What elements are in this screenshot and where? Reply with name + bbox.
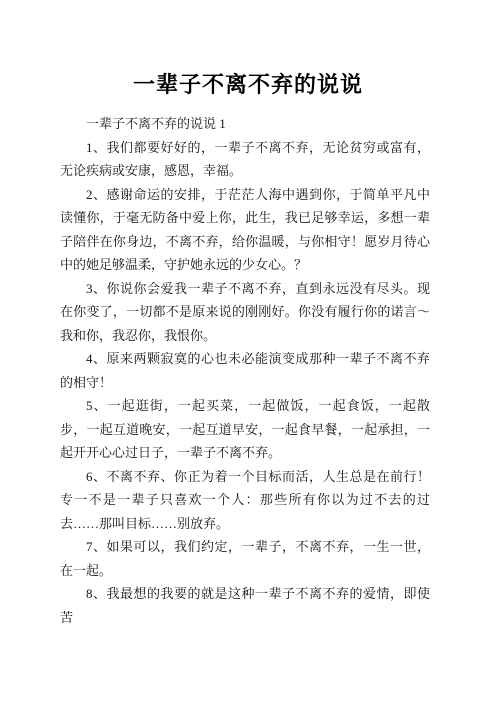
paragraph-3: 3、你说你会爱我一辈子不离不弃，直到永远没有尽头。现在你变了，一切都不是原来说的… (60, 277, 430, 348)
paragraph-1: 1、我们都要好好的，一辈子不离不弃，无论贫穷或富有，无论疾病或安康，感恩，幸福。 (60, 136, 430, 183)
paragraph-subtitle: 一辈子不离不弃的说说 1 (60, 112, 430, 136)
paragraph-4: 4、原来两颗寂寞的心也未必能演变成那种一辈子不离不弃的相守！ (60, 347, 430, 394)
paragraph-2: 2、感谢命运的安排，于茫茫人海中遇到你，于简单平凡中读懂你，于毫无防备中爱上你，… (60, 183, 430, 277)
paragraph-6: 6、不离不弃、你正为着一个目标而活，人生总是在前行！专一不是一辈子只喜欢一个人：… (60, 465, 430, 536)
paragraph-8: 8、我最想的我要的就是这种一辈子不离不弃的爱情，即使苦 (60, 582, 430, 629)
document-title: 一辈子不离不弃的说说 (0, 0, 496, 100)
paragraph-5: 5、一起逛街，一起买菜，一起做饭，一起食饭，一起散步，一起互道晚安，一起互道早安… (60, 394, 430, 465)
paragraph-7: 7、如果可以，我们约定，一辈子，不离不弃，一生一世，在一起。 (60, 535, 430, 582)
document-body: 一辈子不离不弃的说说 1 1、我们都要好好的，一辈子不离不弃，无论贫穷或富有，无… (0, 112, 496, 629)
document-page: 一辈子不离不弃的说说 一辈子不离不弃的说说 1 1、我们都要好好的，一辈子不离不… (0, 0, 496, 702)
